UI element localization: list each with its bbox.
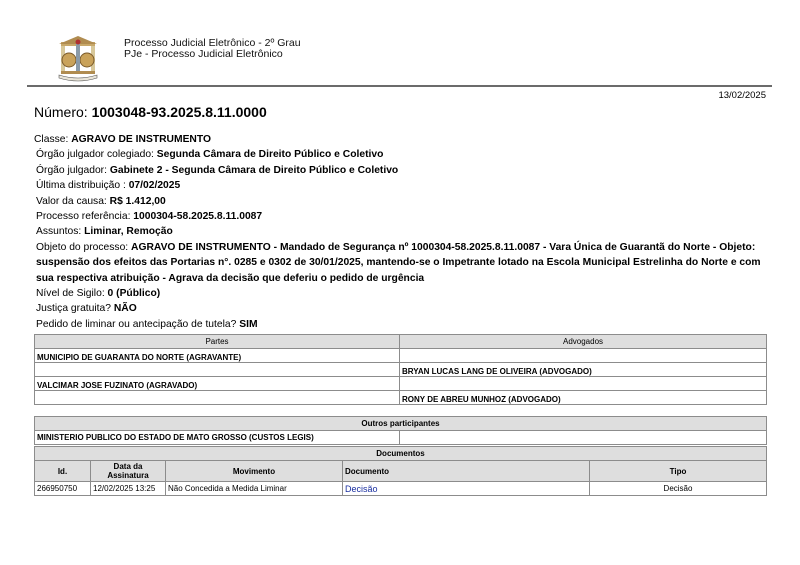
parte-cell [35, 391, 400, 405]
field-ultima-distribuicao: Última distribuição : 07/02/2025 [34, 178, 774, 193]
field-value: 07/02/2025 [129, 180, 181, 191]
field-value: Segunda Câmara de Direito Público e Cole… [157, 149, 384, 160]
process-number: Número: 1003048-93.2025.8.11.0000 [34, 104, 267, 120]
process-number-value: 1003048-93.2025.8.11.0000 [92, 104, 267, 120]
field-justica-gratuita: Justiça gratuita? NÃO [34, 301, 774, 316]
field-label: Assuntos: [36, 226, 84, 237]
outros-participantes-table: Outros participantes MINISTERIO PUBLICO … [34, 416, 767, 445]
table-row: MUNICIPIO DE GUARANTA DO NORTE (AGRAVANT… [35, 349, 767, 363]
participante-extra-cell [400, 431, 767, 445]
field-assuntos: Assuntos: Liminar, Remoção [34, 224, 774, 239]
field-orgao-julgador: Órgão julgador: Gabinete 2 - Segunda Câm… [34, 163, 774, 178]
doc-data-cell: 12/02/2025 13:25 [91, 482, 166, 496]
advogado-cell: BRYAN LUCAS LANG DE OLIVEIRA (ADVOGADO) [400, 363, 767, 377]
header-divider [27, 85, 772, 87]
field-value: NÃO [114, 303, 137, 314]
field-label: Justiça gratuita? [36, 303, 114, 314]
col-movimento: Movimento [166, 461, 343, 482]
field-processo-referencia: Processo referência: 1000304-58.2025.8.1… [34, 209, 774, 224]
table-row: VALCIMAR JOSE FUZINATO (AGRAVADO) [35, 377, 767, 391]
court-seal-icon [55, 34, 101, 82]
process-number-label: Número: [34, 104, 92, 120]
document-header: Processo Judicial Eletrônico - 2º Grau P… [0, 0, 800, 88]
field-label: Órgão julgador: [36, 165, 110, 176]
doc-id-cell: 266950750 [35, 482, 91, 496]
process-details: Classe: AGRAVO DE INSTRUMENTO Órgão julg… [34, 132, 774, 332]
col-id: Id. [35, 461, 91, 482]
field-classe: Classe: AGRAVO DE INSTRUMENTO [34, 132, 774, 147]
partes-header: Partes [35, 335, 400, 349]
outros-participantes-header: Outros participantes [35, 417, 767, 431]
parte-cell: VALCIMAR JOSE FUZINATO (AGRAVADO) [35, 377, 400, 391]
documentos-table: Documentos Id. Data da Assinatura Movime… [34, 446, 767, 496]
field-value: AGRAVO DE INSTRUMENTO [71, 134, 211, 145]
doc-documento-cell: Decisão [343, 482, 590, 496]
table-row: MINISTERIO PUBLICO DO ESTADO DE MATO GRO… [35, 431, 767, 445]
partes-table: Partes Advogados MUNICIPIO DE GUARANTA D… [34, 334, 767, 405]
field-pedido-liminar: Pedido de liminar ou antecipação de tute… [34, 317, 774, 332]
field-value: R$ 1.412,00 [110, 196, 166, 207]
print-date: 13/02/2025 [718, 90, 766, 101]
advogado-cell [400, 377, 767, 391]
field-label: Última distribuição : [36, 180, 129, 191]
advogados-header: Advogados [400, 335, 767, 349]
col-documento: Documento [343, 461, 590, 482]
field-label: Órgão julgador colegiado: [36, 149, 157, 160]
field-nivel-sigilo: Nível de Sigilo: 0 (Público) [34, 286, 774, 301]
field-orgao-colegiado: Órgão julgador colegiado: Segunda Câmara… [34, 147, 774, 162]
documentos-header: Documentos [35, 447, 767, 461]
field-value: Gabinete 2 - Segunda Câmara de Direito P… [110, 165, 398, 176]
field-value: Liminar, Remoção [84, 226, 173, 237]
participante-cell: MINISTERIO PUBLICO DO ESTADO DE MATO GRO… [35, 431, 400, 445]
doc-movimento-cell: Não Concedida a Medida Liminar [166, 482, 343, 496]
field-label: Valor da causa: [36, 196, 110, 207]
doc-tipo-cell: Decisão [590, 482, 767, 496]
advogado-cell: RONY DE ABREU MUNHOZ (ADVOGADO) [400, 391, 767, 405]
field-label: Processo referência: [36, 211, 133, 222]
table-row: 266950750 12/02/2025 13:25 Não Concedida… [35, 482, 767, 496]
field-label: Pedido de liminar ou antecipação de tute… [36, 319, 239, 330]
field-label: Objeto do processo: [36, 242, 131, 253]
field-value: 0 (Público) [108, 288, 161, 299]
col-tipo: Tipo [590, 461, 767, 482]
document-link[interactable]: Decisão [345, 484, 378, 494]
field-valor-causa: Valor da causa: R$ 1.412,00 [34, 194, 774, 209]
table-row: BRYAN LUCAS LANG DE OLIVEIRA (ADVOGADO) [35, 363, 767, 377]
parte-cell [35, 363, 400, 377]
table-row: RONY DE ABREU MUNHOZ (ADVOGADO) [35, 391, 767, 405]
header-system-subtitle: PJe - Processo Judicial Eletrônico [124, 49, 301, 60]
parte-cell: MUNICIPIO DE GUARANTA DO NORTE (AGRAVANT… [35, 349, 400, 363]
field-value: SIM [239, 319, 257, 330]
col-data-assinatura: Data da Assinatura [91, 461, 166, 482]
field-value: 1000304-58.2025.8.11.0087 [133, 211, 262, 222]
field-objeto-processo: Objeto do processo: AGRAVO DE INSTRUMENT… [32, 240, 774, 286]
field-value: AGRAVO DE INSTRUMENTO - Mandado de Segur… [36, 242, 761, 284]
advogado-cell [400, 349, 767, 363]
field-label: Classe: [34, 134, 71, 145]
field-label: Nível de Sigilo: [36, 288, 108, 299]
